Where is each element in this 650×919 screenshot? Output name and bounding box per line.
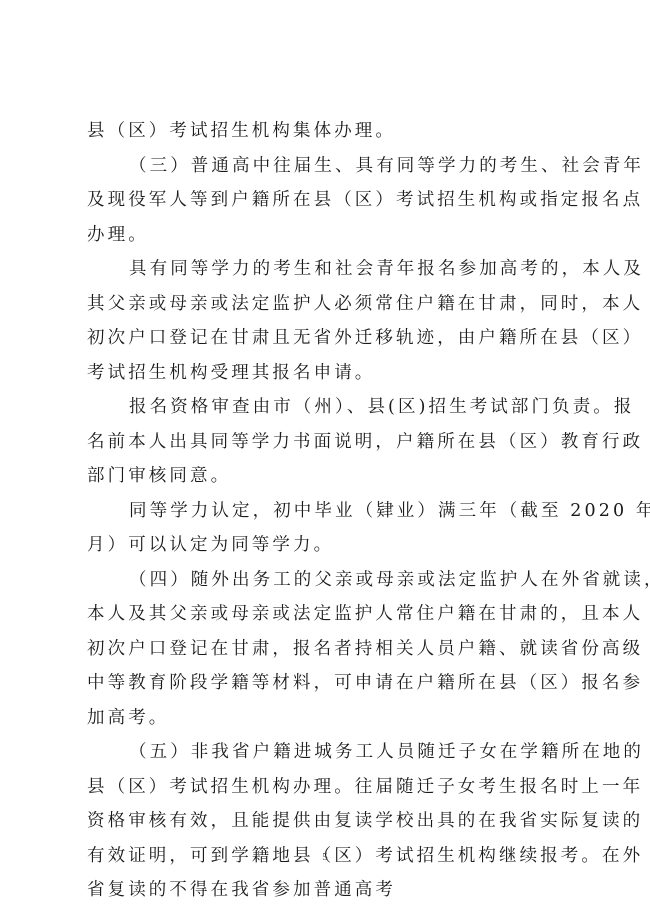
text-line: 名前本人出具同等学力书面说明，户籍所在县（区）教育行政 bbox=[87, 425, 565, 460]
text-line: （四）随外出务工的父亲或母亲或法定监护人在外省就读， bbox=[87, 563, 565, 598]
text-line: 报名资格审查由市（州）、县(区)招生考试部门负责。报 bbox=[87, 390, 565, 425]
text-line: 初次户口登记在甘肃且无省外迁移轨迹，由户籍所在县（区） bbox=[87, 321, 565, 356]
document-body: 县（区）考试招生机构集体办理。 （三）普通高中往届生、具有同等学力的考生、社会青… bbox=[87, 114, 565, 908]
text-line: 月）可以认定为同等学力。 bbox=[87, 528, 565, 563]
text-line: 办理。 bbox=[87, 218, 565, 253]
text-line: 初次户口登记在甘肃，报名者持相关人员户籍、就读省份高级 bbox=[87, 632, 565, 667]
text-line: 县（区）考试招生机构集体办理。 bbox=[87, 114, 565, 149]
text-line: 县（区）考试招生机构办理。往届随迁子女考生报名时上一年 bbox=[87, 770, 565, 805]
text-line: 具有同等学力的考生和社会青年报名参加高考的，本人及 bbox=[87, 252, 565, 287]
text-line: 同等学力认定，初中毕业（肄业）满三年（截至 2020 年 7 bbox=[87, 494, 565, 529]
text-line: 及现役军人等到户籍所在县（区）考试招生机构或指定报名点 bbox=[87, 183, 565, 218]
text-line: 加高考。 bbox=[87, 701, 565, 736]
text-line: （五）非我省户籍进城务工人员随迁子女在学籍所在地的 bbox=[87, 735, 565, 770]
document-page: 县（区）考试招生机构集体办理。 （三）普通高中往届生、具有同等学力的考生、社会青… bbox=[0, 0, 650, 919]
text-line: 中等教育阶段学籍等材料，可申请在户籍所在县（区）报名参 bbox=[87, 666, 565, 701]
text-line: 省复读的不得在我省参加普通高考 bbox=[87, 873, 565, 908]
text-line: 资格审核有效，且能提供由复读学校出具的在我省实际复读的 bbox=[87, 804, 565, 839]
page-number: 5 bbox=[0, 851, 650, 863]
text-line: 考试招生机构受理其报名申请。 bbox=[87, 356, 565, 391]
text-line: 本人及其父亲或母亲或法定监护人常住户籍在甘肃的，且本人 bbox=[87, 597, 565, 632]
text-line: 其父亲或母亲或法定监护人必须常住户籍在甘肃，同时，本人 bbox=[87, 287, 565, 322]
text-line: （三）普通高中往届生、具有同等学力的考生、社会青年 bbox=[87, 149, 565, 184]
text-line: 部门审核同意。 bbox=[87, 459, 565, 494]
